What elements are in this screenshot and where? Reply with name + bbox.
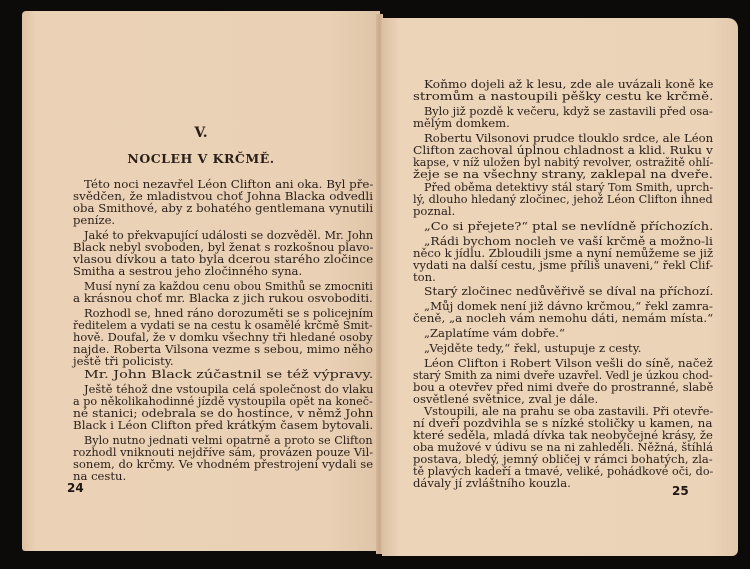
text-line: dávaly jí zvláštního kouzla.: [413, 477, 571, 489]
right-page: Koňmo dojeli až k lesu, zde ale uvázali …: [382, 18, 738, 556]
left-page: V. NOCLEH V KRČMĚ. Této noci nezavřel Lé…: [22, 11, 380, 551]
text-line: stromům a nastoupili pěšky cestu ke krčm…: [413, 90, 713, 102]
text-line: poznal.: [413, 205, 455, 217]
text-line: peníze.: [73, 214, 115, 226]
text-line: mělým domkem.: [413, 117, 510, 129]
text-line: Starý zločinec nedůvěřivě se díval na př…: [424, 285, 713, 297]
text-line: oba Smithové, aby z bohatého gentlemana …: [73, 202, 373, 214]
text-line: ještě tři policisty.: [73, 355, 174, 367]
text-line: „Co si přejete?“ ptal se nevlídně přícho…: [424, 220, 713, 232]
text-line: Mr. John Black zúčastnil se též výpravy.: [84, 368, 373, 380]
chapter-number: V.: [22, 125, 380, 141]
text-line: Black i Léon Clifton před krátkým časem …: [73, 419, 373, 431]
page-number: 25: [672, 484, 689, 498]
text-line: čeně, „a nocleh vám nemohu dáti, nemám m…: [413, 312, 713, 324]
text-line: „Vejděte tedy,“ řekl, ustupuje z cesty.: [424, 342, 641, 354]
text-line: „Zaplatíme vám dobře.“: [424, 327, 565, 339]
text-line: Smitha a sestrou jeho zločinného syna.: [73, 265, 302, 277]
text-line: lý, dlouho hledaný zločinec, jehož Léon …: [413, 193, 713, 205]
chapter-title: NOCLEH V KRČMĚ.: [22, 151, 380, 166]
text-line: a krásnou choť mr. Blacka z jich rukou o…: [73, 292, 373, 304]
text-line: vydati na další cestu, jsme příliš unave…: [413, 259, 713, 271]
text-line: ton.: [413, 271, 436, 283]
text-line: žeje se na všechny strany, zaklepal na d…: [413, 168, 713, 180]
page-number: 24: [67, 481, 84, 495]
